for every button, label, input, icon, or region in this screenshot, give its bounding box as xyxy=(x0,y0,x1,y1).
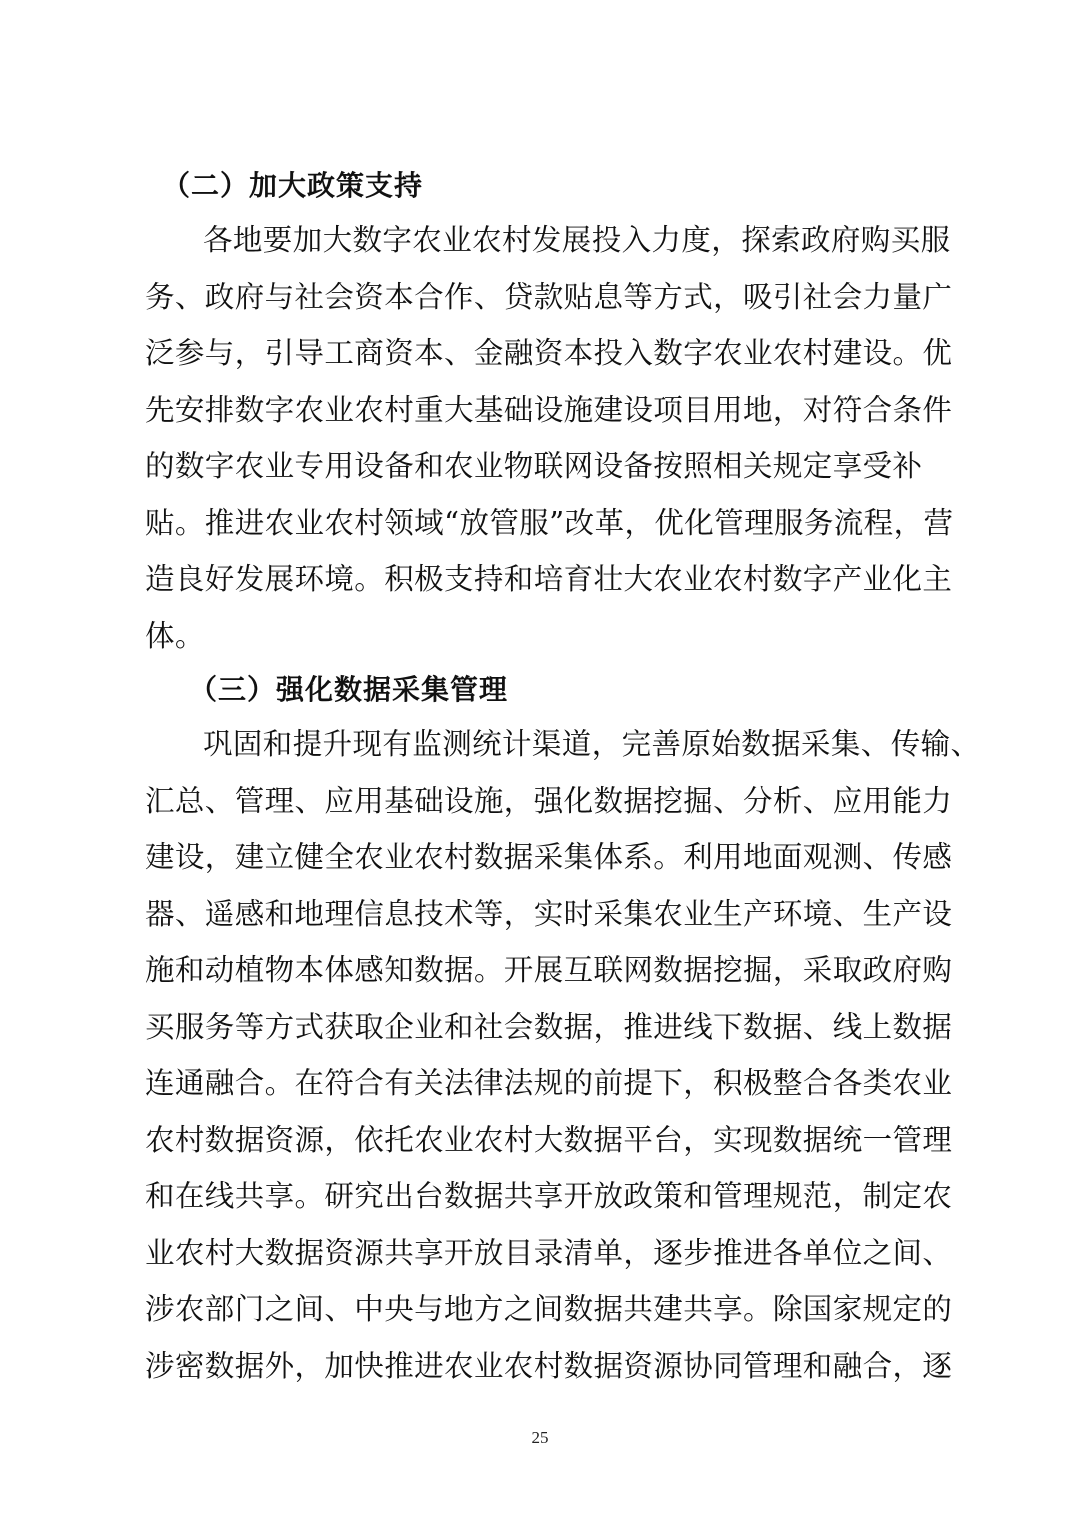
page-number: 25 xyxy=(0,1428,1080,1448)
text-line: 农村数据资源，依托农业农村大数据平台，实现数据统一管理 xyxy=(145,1112,940,1169)
text-line: 汇总、管理、应用基础设施，强化数据挖掘、分析、应用能力 xyxy=(145,773,940,830)
text-line: 连通融合。在符合有关法律法规的前提下，积极整合各类农业 xyxy=(145,1055,940,1112)
text-line: 建设，建立健全农业农村数据采集体系。利用地面观测、传感 xyxy=(145,829,940,886)
text-line: 和在线共享。研究出台数据共享开放政策和管理规范，制定农 xyxy=(145,1168,940,1225)
text-line: 的数字农业专用设备和农业物联网设备按照相关规定享受补 xyxy=(145,438,940,495)
page-content: （二）加大政策支持 各地要加大数字农业农村发展投入力度，探索政府购买服 务、政府… xyxy=(145,160,940,1394)
text-line: 巩固和提升现有监测统计渠道，完善原始数据采集、传输、 xyxy=(145,716,940,773)
text-line: 买服务等方式获取企业和社会数据，推进线下数据、线上数据 xyxy=(145,999,940,1056)
text-line: 体。 xyxy=(145,608,940,665)
section-heading-data-collection: （三）强化数据采集管理 xyxy=(145,664,940,716)
text-line: 业农村大数据资源共享开放目录清单，逐步推进各单位之间、 xyxy=(145,1225,940,1282)
text-line: 先安排数字农业农村重大基础设施建设项目用地，对符合条件 xyxy=(145,382,940,439)
paragraph-data-collection: 巩固和提升现有监测统计渠道，完善原始数据采集、传输、 汇总、管理、应用基础设施，… xyxy=(145,716,940,1394)
text-line: 各地要加大数字农业农村发展投入力度，探索政府购买服 xyxy=(145,212,940,269)
text-line: 贴。推进农业农村领域“放管服”改革，优化管理服务流程，营 xyxy=(145,495,940,552)
text-line: 务、政府与社会资本合作、贷款贴息等方式，吸引社会力量广 xyxy=(145,269,940,326)
text-line: 涉密数据外，加快推进农业农村数据资源协同管理和融合，逐 xyxy=(145,1338,940,1395)
text-line: 泛参与，引导工商资本、金融资本投入数字农业农村建设。优 xyxy=(145,325,940,382)
document-page: （二）加大政策支持 各地要加大数字农业农村发展投入力度，探索政府购买服 务、政府… xyxy=(0,0,1080,1527)
paragraph-policy-support: 各地要加大数字农业农村发展投入力度，探索政府购买服 务、政府与社会资本合作、贷款… xyxy=(145,212,940,664)
text-line: 涉农部门之间、中央与地方之间数据共建共享。除国家规定的 xyxy=(145,1281,940,1338)
text-line: 器、遥感和地理信息技术等，实时采集农业生产环境、生产设 xyxy=(145,886,940,943)
text-line: 施和动植物本体感知数据。开展互联网数据挖掘，采取政府购 xyxy=(145,942,940,999)
text-line: 造良好发展环境。积极支持和培育壮大农业农村数字产业化主 xyxy=(145,551,940,608)
section-heading-policy-support: （二）加大政策支持 xyxy=(145,160,940,212)
